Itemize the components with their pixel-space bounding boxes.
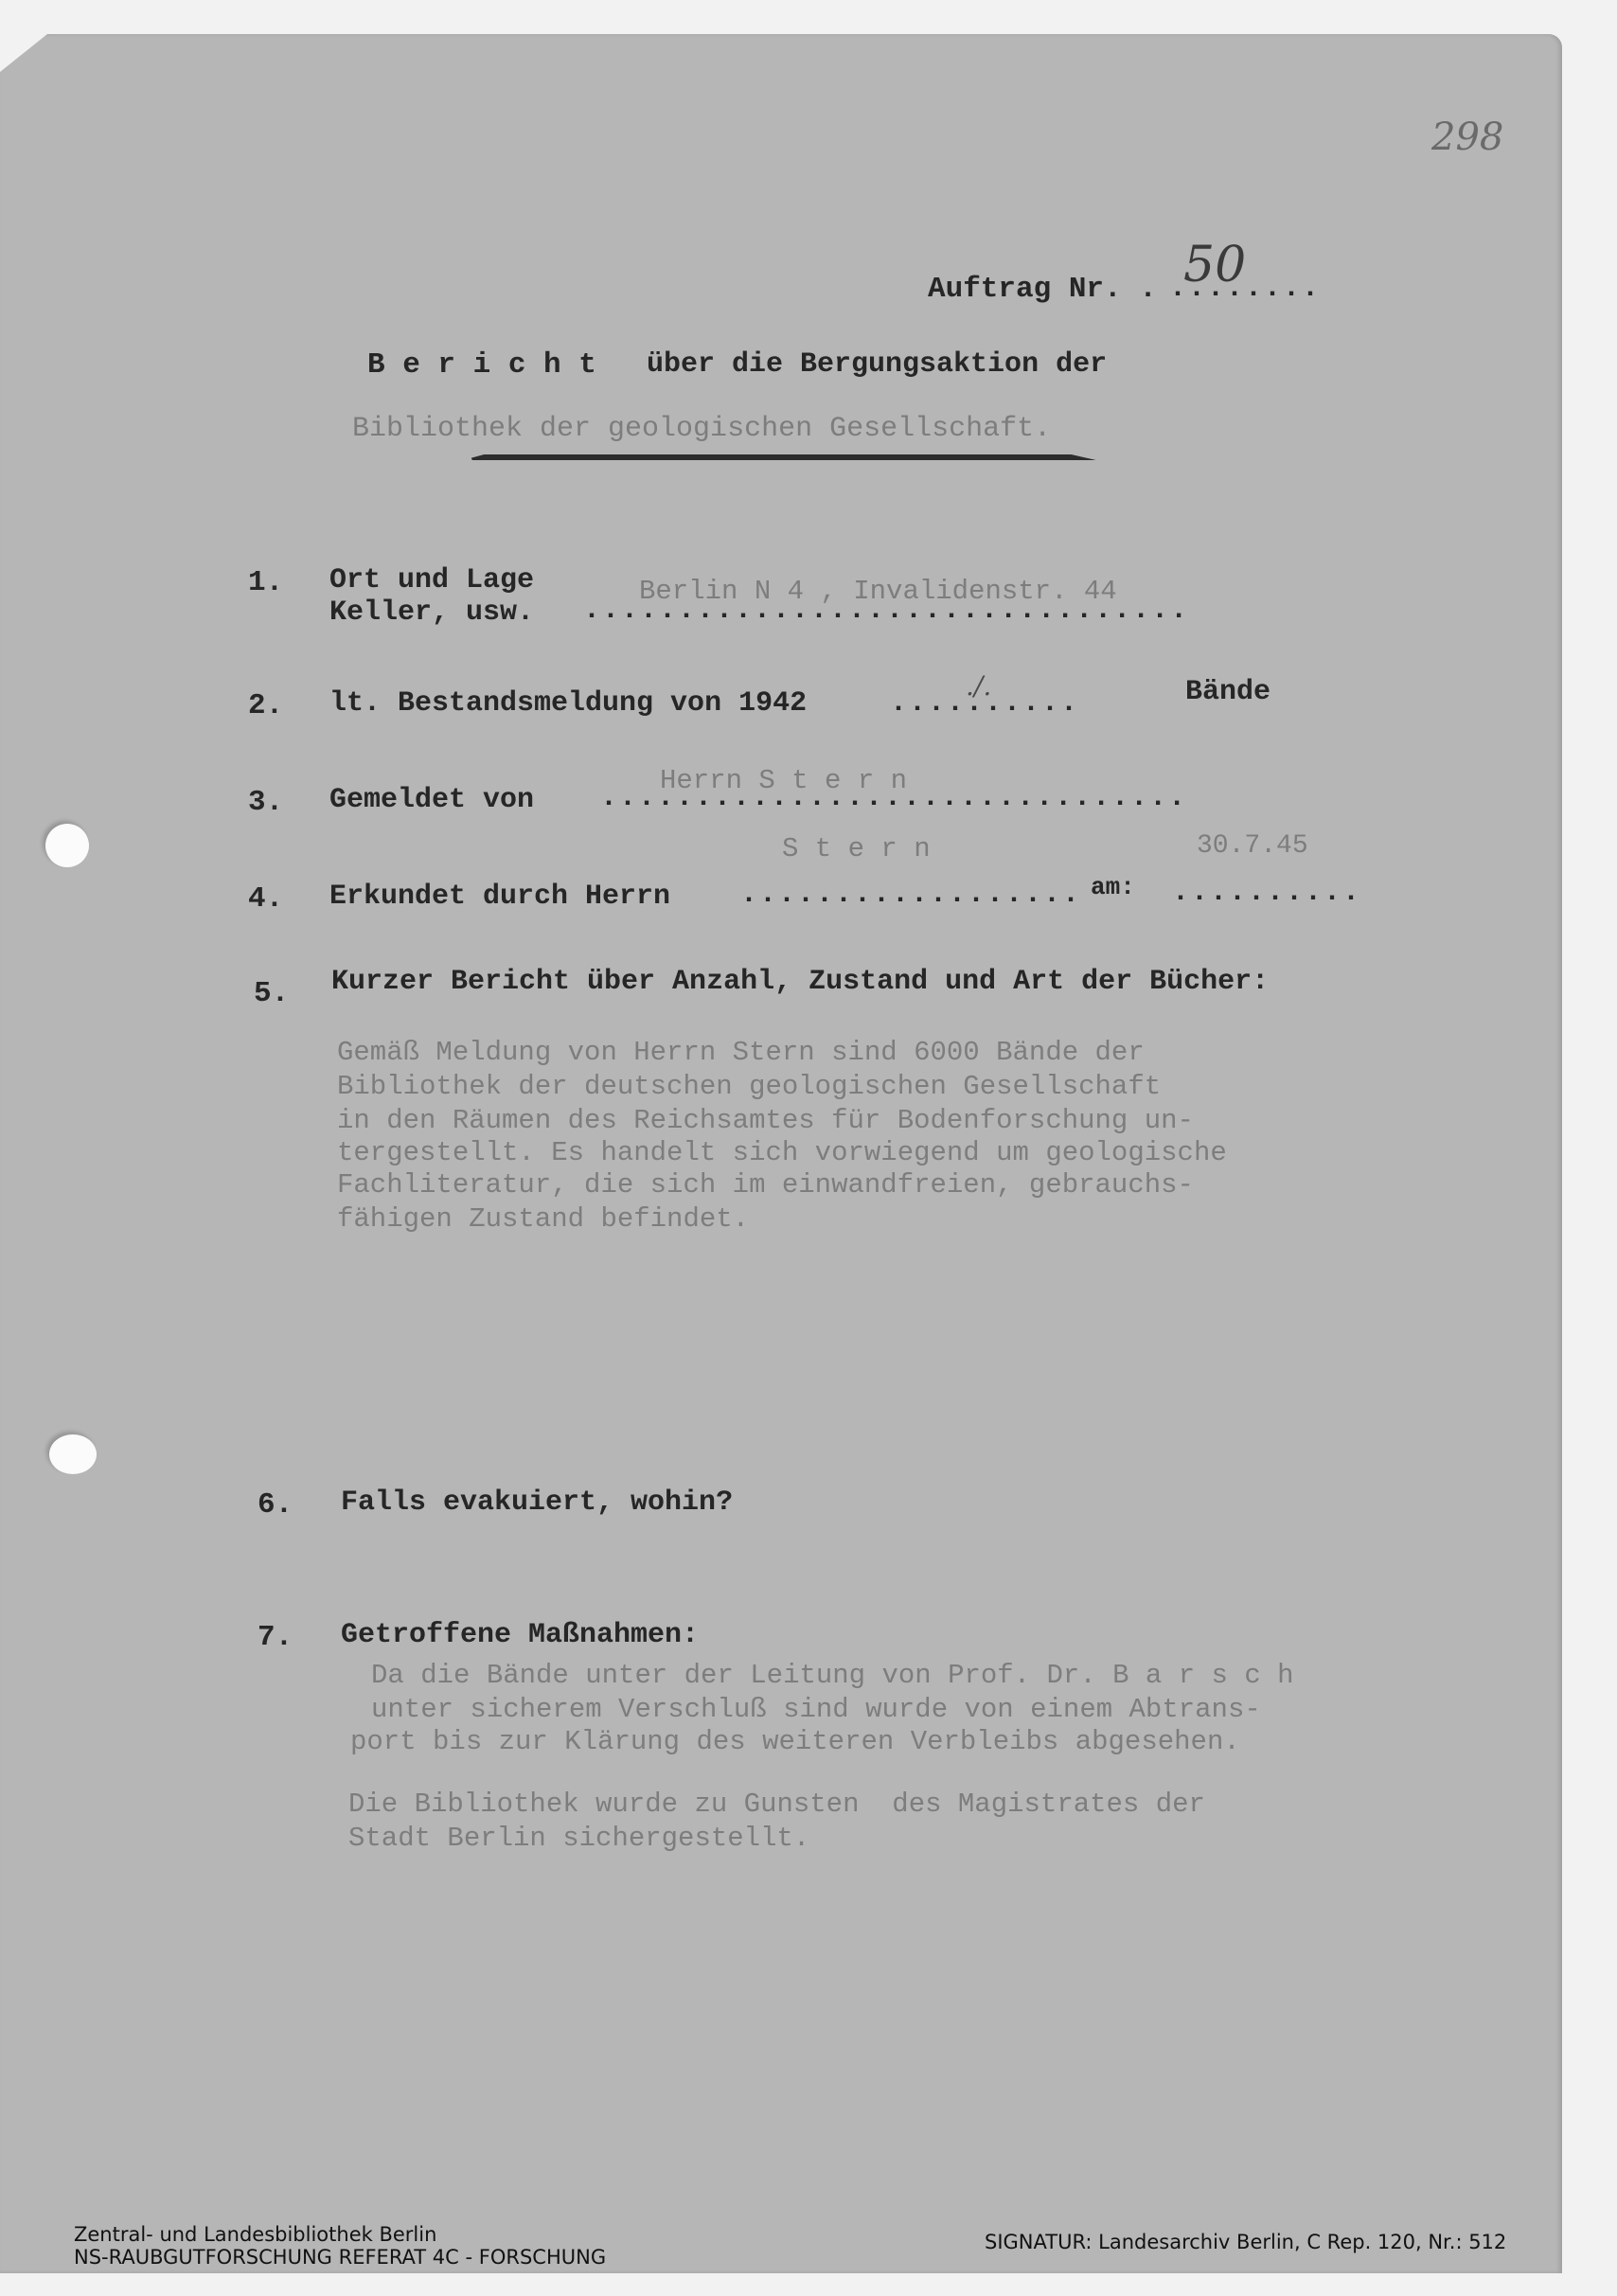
title-spaced-word: B e r i c h t — [367, 348, 596, 382]
item-4-number: 4. — [248, 882, 283, 916]
item-6-number: 6. — [258, 1488, 293, 1522]
item-7-body-line: Da die Bände unter der Leitung von Prof.… — [371, 1659, 1294, 1693]
item-7-body2-line: Stadt Berlin sichergestellt. — [348, 1822, 809, 1856]
item-2-value: ./. — [966, 670, 991, 702]
item-5-body-line: fähigen Zustand befindet. — [337, 1202, 749, 1237]
item-6-label: Falls evakuiert, wohin? — [341, 1486, 733, 1519]
item-5-body-line: in den Räumen des Reichsamtes für Bodenf… — [337, 1104, 1194, 1138]
item-5-number: 5. — [254, 977, 289, 1010]
item-2-number: 2. — [248, 689, 283, 722]
item-5-label: Kurzer Bericht über Anzahl, Zustand und … — [331, 966, 1269, 998]
item-5-body-line: Gemäß Meldung von Herrn Stern sind 6000 … — [337, 1036, 1145, 1070]
footer-signature: SIGNATUR: Landesarchiv Berlin, C Rep. 12… — [985, 2231, 1506, 2253]
item-5-body-line: tergestellt. Es handelt sich vorwiegend … — [337, 1136, 1227, 1170]
title-line2: Bibliothek der geologischen Gesellschaft… — [352, 413, 1051, 445]
title-line1: über die Bergungsaktion der — [647, 348, 1107, 381]
item-7-body-line: port bis zur Klärung des weiteren Verble… — [350, 1725, 1240, 1759]
item-7-number: 7. — [258, 1621, 293, 1654]
order-label: Auftrag Nr. . — [928, 273, 1157, 306]
order-number: 50 — [1183, 237, 1246, 294]
item-7-label: Getroffene Maßnahmen: — [341, 1619, 699, 1651]
item-3-value: Herrn S t e r n — [660, 765, 907, 796]
item-1-label-line1: Ort und Lage — [329, 564, 534, 596]
item-4-date-dots: .......... — [1172, 877, 1361, 909]
item-5-body-line: Bibliothek der deutschen geologischen Ge… — [337, 1070, 1161, 1104]
item-4-label: Erkundet durch Herrn — [329, 881, 670, 913]
item-7-body-line: unter sicherem Verschluß sind wurde von … — [371, 1693, 1261, 1727]
item-3-label: Gemeldet von — [329, 784, 534, 816]
item-2-suffix: Bände — [1185, 676, 1270, 708]
item-7-body2-line: Die Bibliothek wurde zu Gunsten des Magi… — [348, 1788, 1205, 1822]
footer-institution: Zentral- und Landesbibliothek Berlin — [74, 2223, 436, 2246]
footer-department: NS-RAUBGUTFORSCHUNG REFERAT 4C - FORSCHU… — [74, 2246, 606, 2269]
item-2-label: lt. Bestandsmeldung von 1942 — [329, 687, 807, 720]
punch-hole-top — [45, 824, 89, 867]
item-4-dots: .................. — [740, 879, 1081, 911]
page-number: 298 — [1431, 116, 1503, 159]
item-4-value: S t e r n — [782, 833, 931, 864]
item-4-date-label: am: — [1091, 873, 1135, 901]
item-4-date-value: 30.7.45 — [1197, 831, 1308, 861]
punch-hole-bottom — [49, 1434, 97, 1474]
item-5-body-line: Fachliteratur, die sich im einwandfreien… — [337, 1168, 1194, 1202]
item-1-value: Berlin N 4 , Invalidenstr. 44 — [639, 576, 1117, 607]
item-1-label-line2: Keller, usw. — [329, 596, 534, 629]
item-1-number: 1. — [248, 566, 283, 599]
item-3-number: 3. — [248, 786, 283, 819]
title-underline — [471, 454, 1096, 460]
